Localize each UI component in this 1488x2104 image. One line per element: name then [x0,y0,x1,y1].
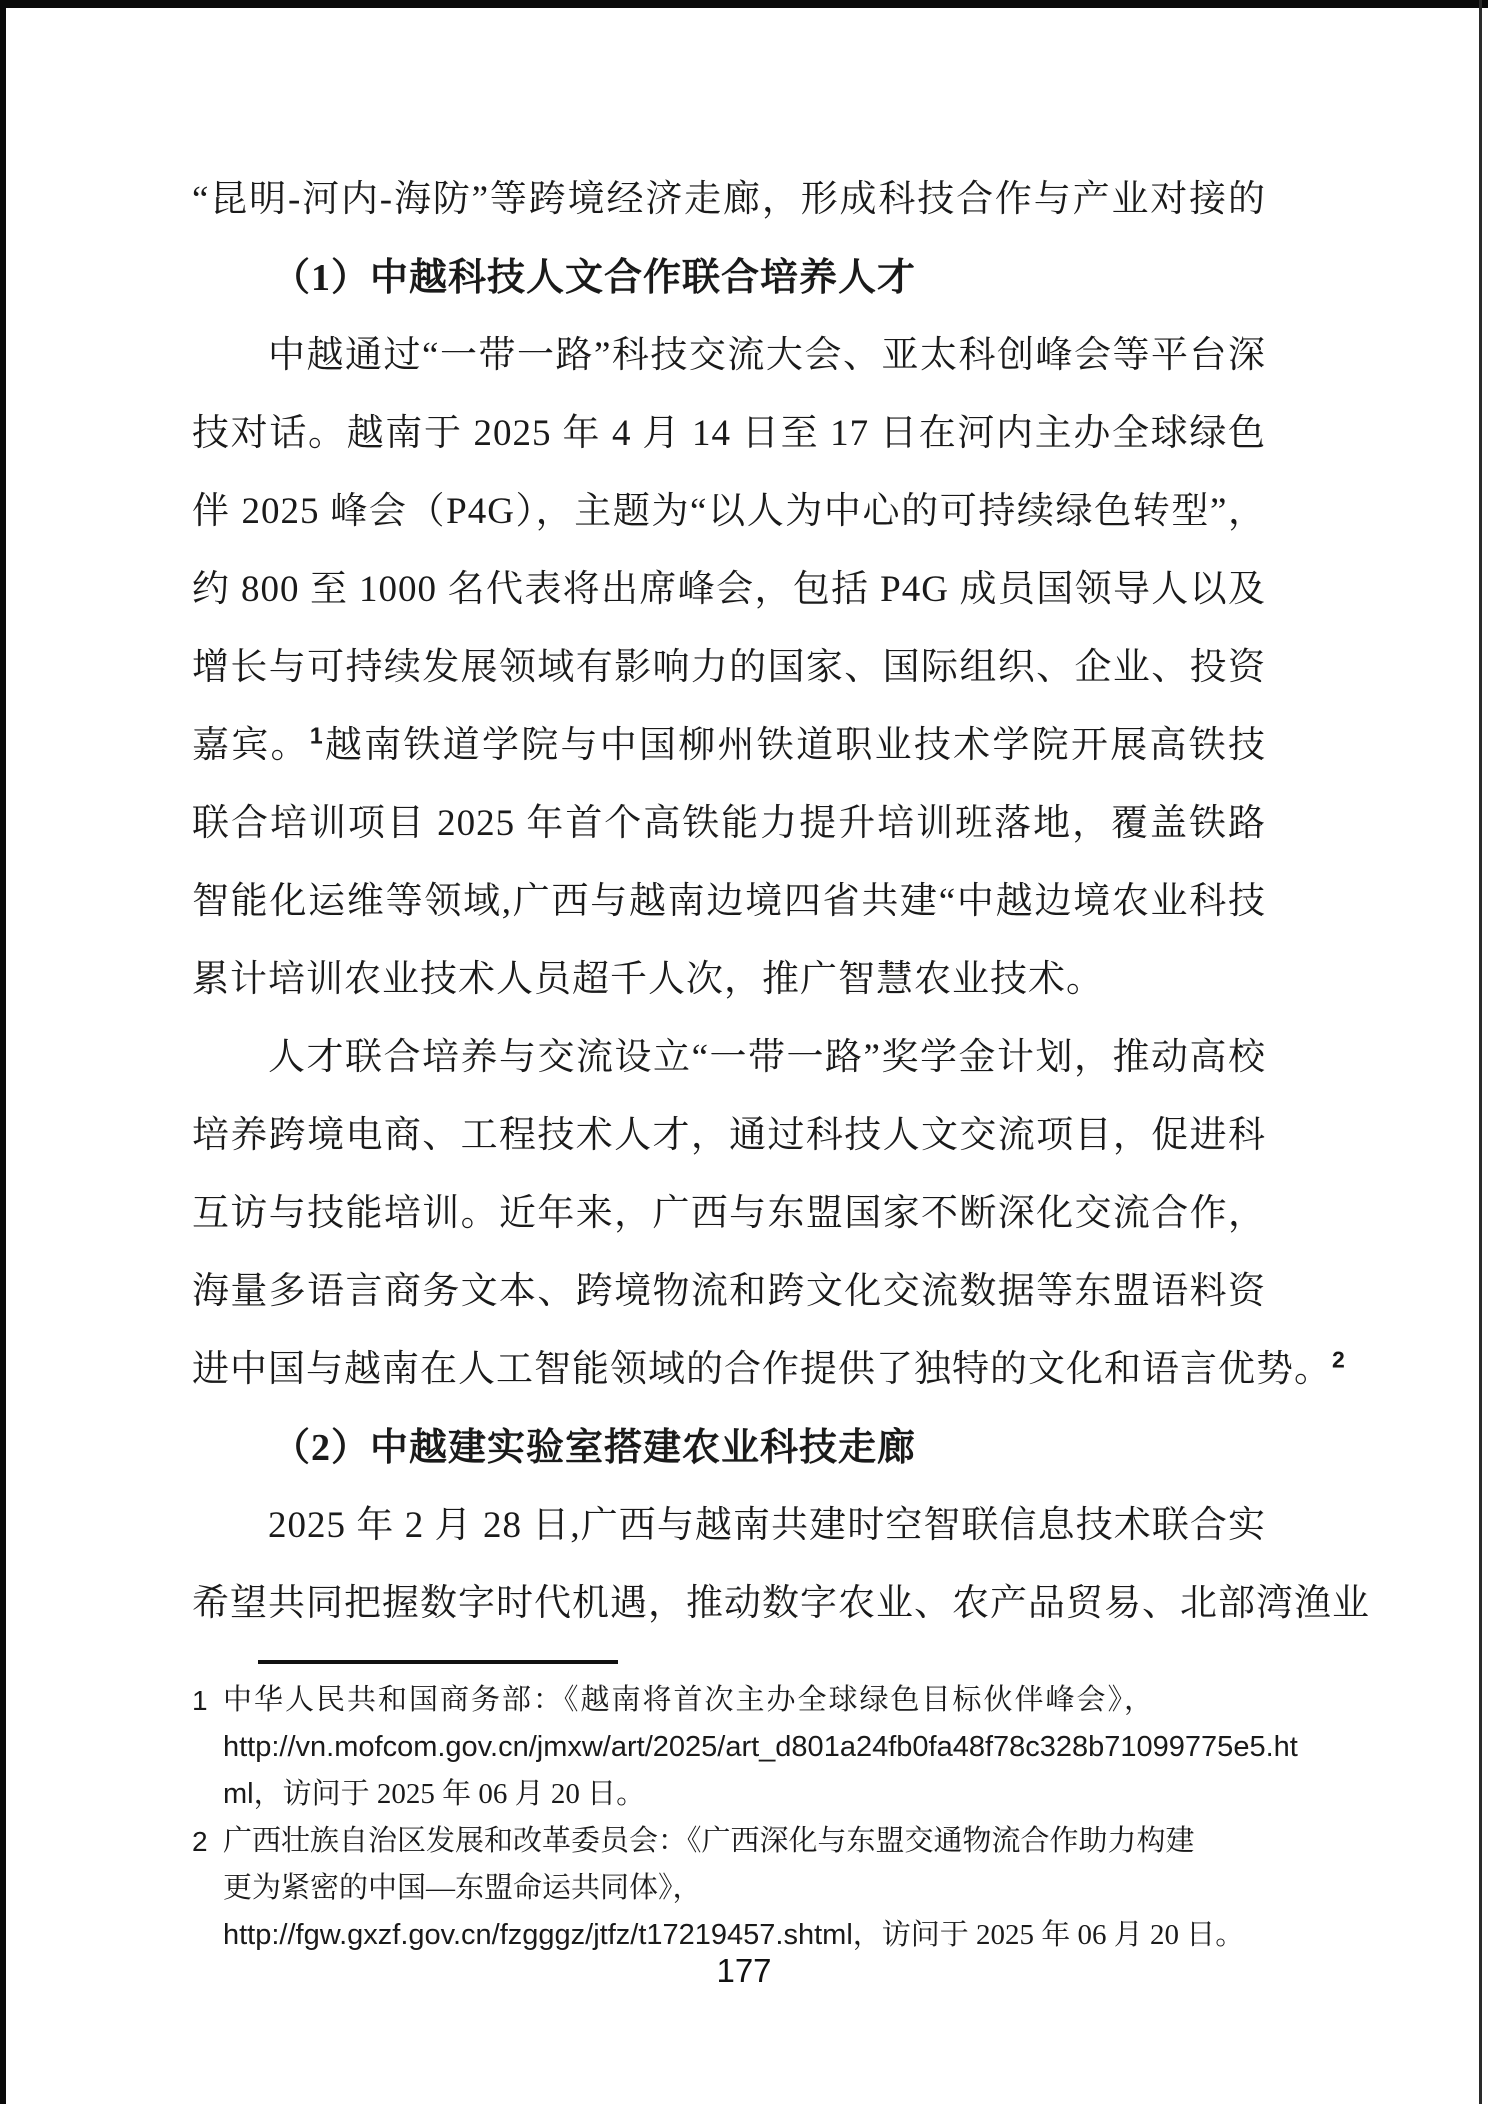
footnote-2-line: 2广西壮族自治区发展和改革委员会：《广西深化与东盟交通物流合作助力构建 [192,1818,1352,1865]
document-page: “昆明-河内-海防”等跨境经济走廊，形成科技合作与产业对接的枢纽。 （1）中越科… [0,0,1488,2104]
body-line-rest: 越南铁道学院与中国柳州铁道职业技术学院开展高铁技术人才 [192,725,1266,785]
footnote-1-tail-line: ml，访问于 2025 年 06 月 20 日。 [192,1771,1352,1818]
footnote-ref-2: 2 [1332,1347,1346,1373]
body-line: 约 800 至 1000 名代表将出席峰会，包括 P4G 成员国领导人以及在绿色 [192,551,1266,629]
body-line: 联合培训项目 2025 年首个高铁能力提升培训班落地，覆盖铁路工程、 [192,785,1266,863]
page-number: 177 [0,1952,1488,1990]
footnote-text: 更为紧密的中国—东盟命运共同体》， [223,1872,702,1904]
page-top-border [0,0,1488,8]
body-line: 技对话。越南于 2025 年 4 月 14 日至 17 日在河内主办全球绿色目标… [192,395,1266,473]
body-line: “昆明-河内-海防”等跨境经济走廊，形成科技合作与产业对接的枢纽。 [192,161,1266,239]
body-line-with-footnote-ref: 嘉宾。1越南铁道学院与中国柳州铁道职业技术学院开展高铁技术人才 [192,707,1266,785]
body-line: 海量多语言商务文本、跨境物流和跨文化交流数据等东盟语料资源，为促 [192,1253,1266,1331]
section-heading-2: （2）中越建实验室搭建农业科技走廊 [192,1409,1266,1487]
body-line: 伴 2025 峰会（P4G），主题为“以人为中心的可持续绿色转型”，预计 [192,473,1266,551]
footnote-1-url-line: http://vn.mofcom.gov.cn/jmxw/art/2025/ar… [192,1724,1352,1771]
footnote-url-continuation: ml [223,1778,254,1810]
footnote-separator-line [258,1660,618,1664]
body-line: 希望共同把握数字时代机遇，推动数字农业、农产品贸易、北部湾渔业 [192,1565,1266,1643]
footnote-2-url: http://fgw.gxzf.gov.cn/fzgggz/jtfz/t1721… [223,1919,853,1951]
footnote-1-number: 1 [192,1677,210,1724]
footnote-1-url: http://vn.mofcom.gov.cn/jmxw/art/2025/ar… [223,1731,1298,1763]
section-heading-1: （1）中越科技人文合作联合培养人才 [192,239,1266,317]
body-line-with-footnote-ref: 进中国与越南在人工智能领域的合作提供了独特的文化和语言优势。2 [192,1331,1266,1409]
page-right-border [1479,0,1482,2104]
footnote-1-line: 1中华人民共和国商务部：《越南将首次主办全球绿色目标伙伴峰会》， [192,1677,1352,1724]
footnote-2-continuation: 更为紧密的中国—东盟命运共同体》， [192,1865,1352,1912]
body-line-pre: 嘉宾。 [192,725,310,766]
footnote-text: 广西壮族自治区发展和改革委员会：《广西深化与东盟交通物流合作助力构建 [223,1825,1195,1857]
body-line-rest: 进中国与越南在人工智能领域的合作提供了独特的文化和语言优势。 [192,1349,1332,1390]
footnote-access-date: ，访问于 2025 年 06 月 20 日。 [254,1778,646,1810]
body-line: 互访与技能培训。近年来，广西与东盟国家不断深化交流合作，积累了 [192,1175,1266,1253]
body-line: 增长与可持续发展领域有影响力的国家、国际组织、企业、投资基金等 [192,629,1266,707]
footnote-2-number: 2 [192,1818,208,1865]
body-line: 智能化运维等领域,广西与越南边境四省共建“中越边境农业科技走廊”， [192,863,1266,941]
body-line: 培养跨境电商、工程技术人才，通过科技人文交流项目，促进科研人员 [192,1097,1266,1175]
body-line: 累计培训农业技术人员超千人次，推广智慧农业技术。 [192,941,1266,1019]
footnote-ref-1: 1 [310,723,324,749]
body-text-block: “昆明-河内-海防”等跨境经济走廊，形成科技合作与产业对接的枢纽。 （1）中越科… [192,161,1266,1643]
body-line: 中越通过“一带一路”科技交流大会、亚太科创峰会等平台深化科 [192,317,1266,395]
footnote-text: 中华人民共和国商务部：《越南将首次主办全球绿色目标伙伴峰会》， [223,1684,1155,1716]
footnote-access-date: ，访问于 2025 年 06 月 20 日。 [853,1919,1245,1951]
footnotes-block: 1中华人民共和国商务部：《越南将首次主办全球绿色目标伙伴峰会》， http://… [192,1677,1352,1959]
page-left-border [0,0,6,2104]
body-line: 2025 年 2 月 28 日,广西与越南共建时空智联信息技术联合实验室， [192,1487,1266,1565]
body-line: 人才联合培养与交流设立“一带一路”奖学金计划，推动高校联合 [192,1019,1266,1097]
